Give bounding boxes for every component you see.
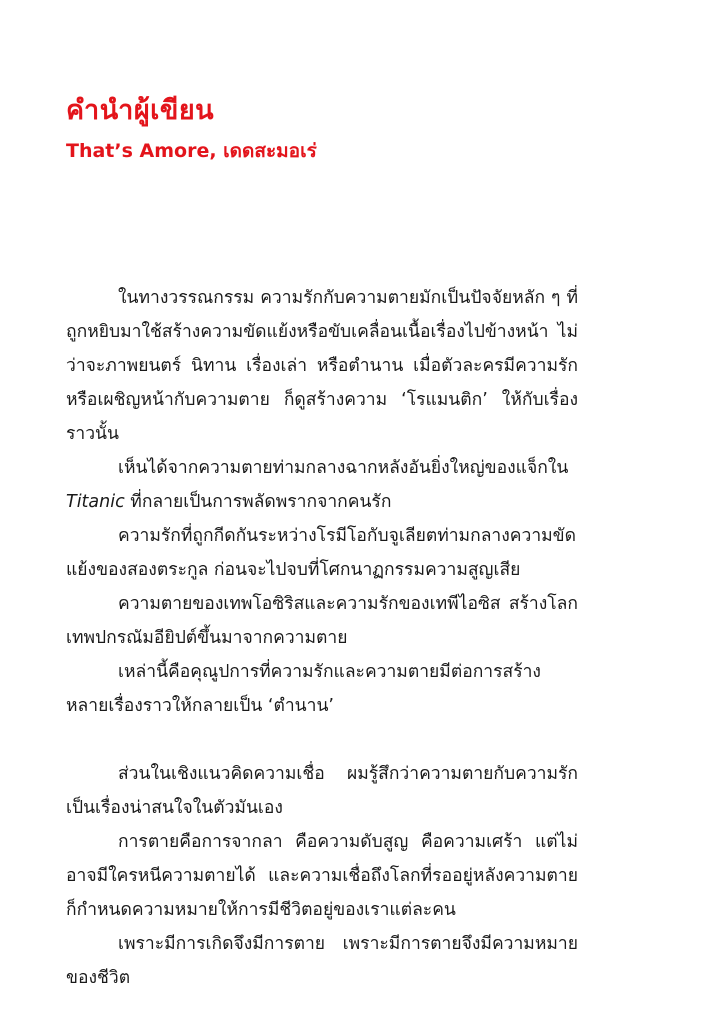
paragraph-text: เห็นได้จากความตายท่ามกลางฉากหลังอันยิ่งใ… [118, 458, 568, 478]
chapter-subtitle: That’s Amore, เดดสะมอเร่ [66, 136, 317, 166]
paragraph: เหล่านี้คือคุณูปการที่ความรักและความตายม… [66, 655, 578, 723]
paragraph: ความรักที่ถูกกีดกันระหว่างโรมีโอกับจูเลี… [66, 519, 578, 587]
paragraph: เห็นได้จากความตายท่ามกลางฉากหลังอันยิ่งใ… [66, 451, 578, 519]
chapter-title: คำนำผู้เขียน [66, 88, 214, 131]
paragraph: เพราะมีการเกิดจึงมีการตาย เพราะมีการตายจ… [66, 927, 578, 995]
paragraph: ส่วนในเชิงแนวคิดความเชื่อ ผมรู้สึกว่าควา… [66, 757, 578, 825]
film-title: Titanic [66, 492, 125, 512]
paragraph-text: ที่กลายเป็นการพลัดพรากจากคนรัก [125, 492, 392, 512]
paragraph: ในทางวรรณกรรม ความรักกับความตายมักเป็นปั… [66, 281, 578, 451]
section-gap [66, 723, 578, 757]
paragraph: การตายคือการจากลา คือความดับสูญ คือความเ… [66, 825, 578, 927]
paragraph: ความตายของเทพโอซิริสและความรักของเทพีไอซ… [66, 587, 578, 655]
body-text: ในทางวรรณกรรม ความรักกับความตายมักเป็นปั… [66, 281, 578, 995]
